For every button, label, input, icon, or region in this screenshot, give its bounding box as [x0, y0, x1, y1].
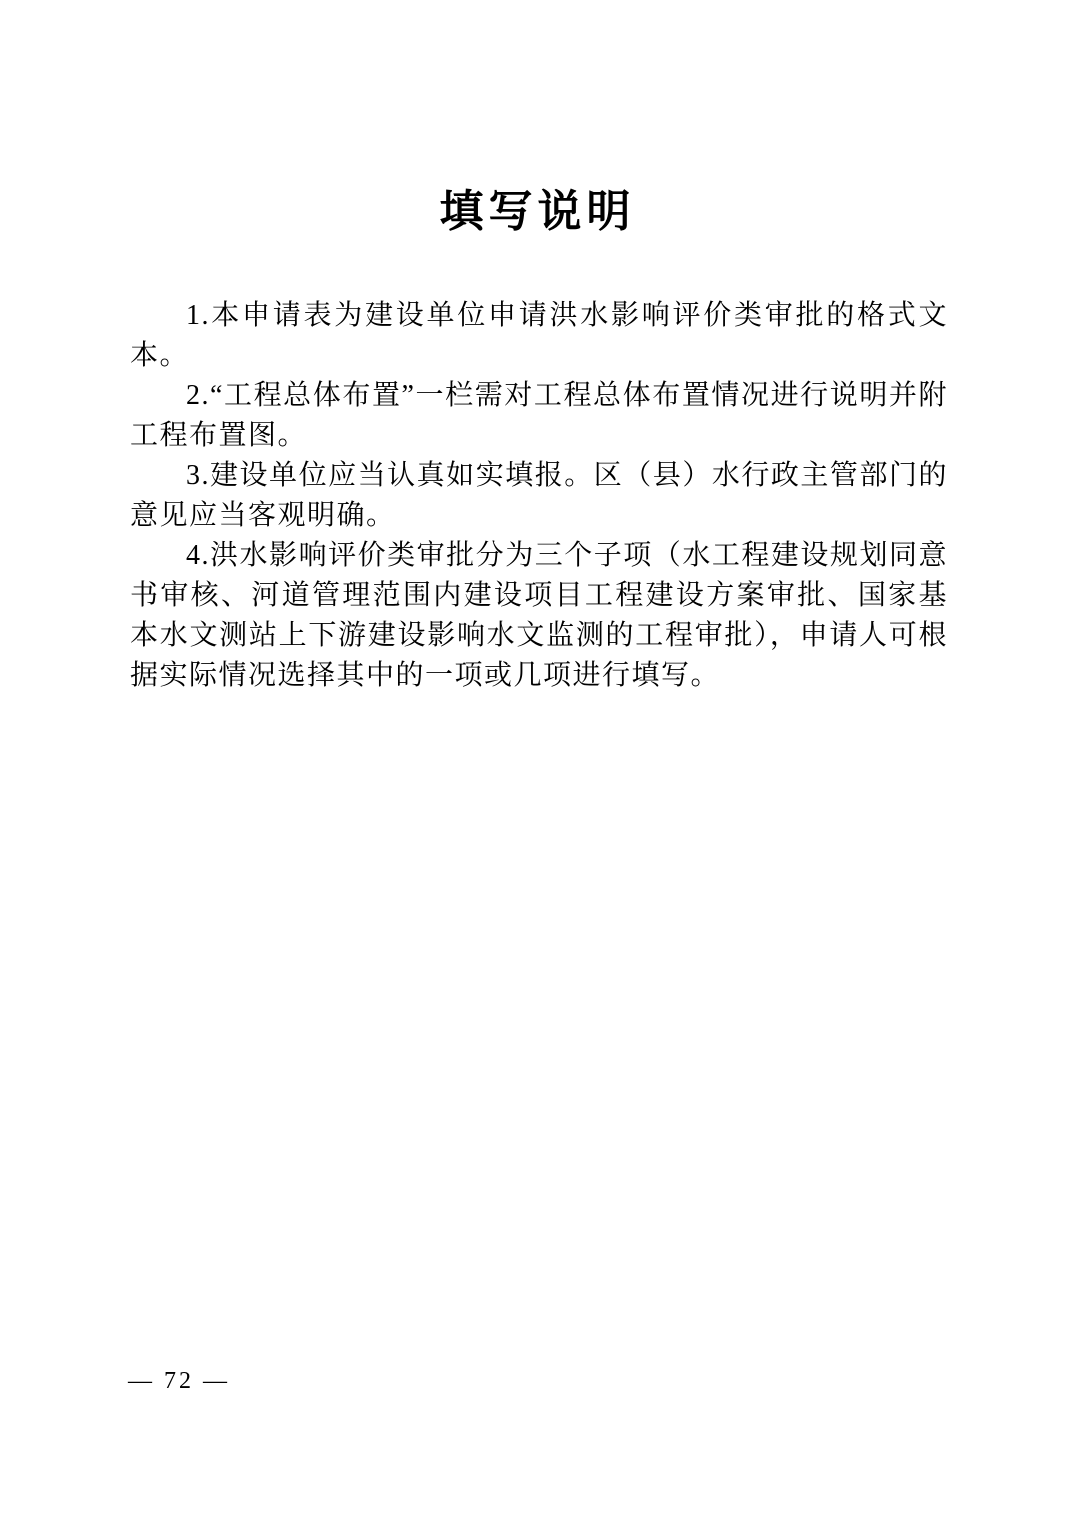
instruction-item-2: 2.“工程总体布置”一栏需对工程总体布置情况进行说明并附工程布置图。 [130, 376, 948, 456]
page-number: — 72 — [128, 1368, 230, 1395]
instruction-item-4: 4.洪水影响评价类审批分为三个子项（水工程建设规划同意书审核、河道管理范围内建设… [130, 536, 948, 696]
instruction-item-1: 1.本申请表为建设单位申请洪水影响评价类审批的格式文本。 [130, 296, 948, 376]
document-page: 填写说明 1.本申请表为建设单位申请洪水影响评价类审批的格式文本。 2.“工程总… [0, 0, 1075, 1519]
instruction-item-3: 3.建设单位应当认真如实填报。区（县）水行政主管部门的意见应当客观明确。 [130, 456, 948, 536]
page-title: 填写说明 [0, 186, 1075, 239]
instructions-body: 1.本申请表为建设单位申请洪水影响评价类审批的格式文本。 2.“工程总体布置”一… [130, 296, 948, 696]
